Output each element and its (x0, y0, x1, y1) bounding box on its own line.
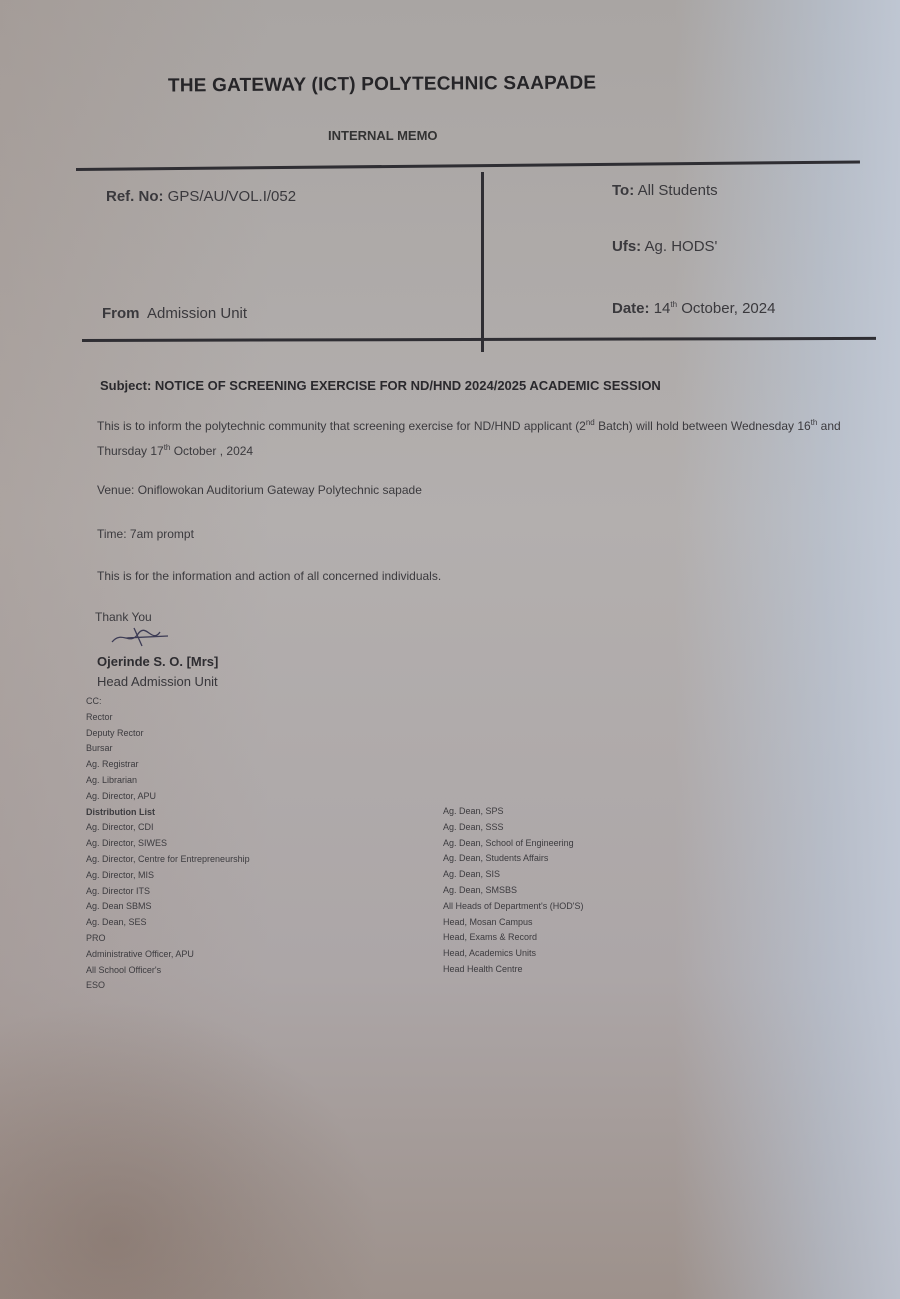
cc-item: Administrative Officer, APU (86, 947, 250, 963)
cc-item: PRO (86, 931, 250, 947)
cc-item: Ag. Director, APU (86, 789, 250, 805)
date-field: Date: 14th October, 2024 (612, 300, 775, 317)
date-suffix: th (670, 300, 677, 309)
distribution-item: Ag. Dean, Students Affairs (443, 851, 583, 867)
body-text: This is to inform the polytechnic commun… (97, 419, 586, 433)
cc-item: ESO (86, 978, 250, 994)
body-text: October , 2024 (170, 444, 253, 458)
cc-item: Deputy Rector (86, 726, 250, 742)
subject-text: NOTICE OF SCREENING EXERCISE FOR ND/HND … (155, 378, 661, 393)
distribution-item: Head, Academics Units (443, 946, 583, 962)
cc-item: Ag. Registrar (86, 757, 250, 773)
distribution-item: All Heads of Department's (HOD'S) (443, 899, 583, 915)
institution-title: THE GATEWAY (ICT) POLYTECHNIC SAAPADE (168, 73, 596, 98)
photo-shadow (0, 1000, 380, 1299)
header-top-rule (76, 160, 860, 171)
thank-you: Thank You (95, 610, 152, 624)
ref-value: GPS/AU/VOL.I/052 (168, 188, 296, 205)
cc-item: Ag. Director, SIWES (86, 836, 250, 852)
cc-item: CC: (86, 694, 250, 710)
distribution-item: Ag. Dean, SIS (443, 867, 583, 883)
to-value: All Students (638, 182, 718, 199)
cc-item: Ag. Dean SBMS (86, 899, 250, 915)
body-paragraph-1: This is to inform the polytechnic commun… (97, 412, 867, 462)
cc-item: Ag. Director, MIS (86, 868, 250, 884)
ref-number: Ref. No: GPS/AU/VOL.I/052 (106, 188, 296, 205)
distribution-item: Ag. Dean, School of Engineering (443, 836, 583, 852)
from-field: From Admission Unit (102, 305, 247, 322)
date-label: Date: (612, 300, 650, 317)
distribution-item: Head Health Centre (443, 962, 583, 978)
distribution-item: Ag. Dean, SSS (443, 820, 583, 836)
distribution-item: Head, Mosan Campus (443, 915, 583, 931)
ufs-field: Ufs: Ag. HODS' (612, 238, 717, 255)
signatory-title: Head Admission Unit (97, 674, 218, 689)
venue-line: Venue: Oniflowokan Auditorium Gateway Po… (97, 480, 422, 501)
subject-line: Subject: NOTICE OF SCREENING EXERCISE FO… (100, 378, 661, 393)
cc-list-right: Ag. Dean, SPSAg. Dean, SSSAg. Dean, Scho… (443, 804, 583, 978)
cc-item: Ag. Director, Centre for Entrepreneurshi… (86, 852, 250, 868)
from-label: From (102, 305, 140, 322)
subject-label: Subject: (100, 378, 151, 393)
to-field: To: All Students (612, 182, 718, 199)
from-value: Admission Unit (147, 305, 247, 322)
distribution-item: Head, Exams & Record (443, 930, 583, 946)
body-text: Batch) will hold between Wednesday 16 (595, 419, 811, 433)
cc-item: Bursar (86, 741, 250, 757)
time-line: Time: 7am prompt (97, 524, 194, 545)
cc-item: Rector (86, 710, 250, 726)
ref-label: Ref. No: (106, 188, 164, 205)
cc-item: Ag. Director ITS (86, 884, 250, 900)
closing-line: This is for the information and action o… (97, 566, 441, 587)
signatory-name: Ojerinde S. O. [Mrs] (97, 654, 218, 669)
ufs-label: Ufs: (612, 238, 641, 255)
ufs-value: Ag. HODS' (645, 238, 718, 255)
cc-item: Ag. Dean, SES (86, 915, 250, 931)
distribution-item: Ag. Dean, SMSBS (443, 883, 583, 899)
distribution-item: Ag. Dean, SPS (443, 804, 583, 820)
cc-item: Distribution List (86, 805, 250, 821)
cc-item: All School Officer's (86, 963, 250, 979)
signature-mark (108, 624, 178, 650)
superscript: nd (586, 418, 595, 427)
header-bottom-rule (82, 337, 876, 342)
to-label: To: (612, 182, 634, 199)
cc-item: Ag. Director, CDI (86, 820, 250, 836)
cc-item: Ag. Librarian (86, 773, 250, 789)
cc-list-left: CC:RectorDeputy RectorBursarAg. Registra… (86, 694, 250, 994)
date-rest: October, 2024 (681, 300, 775, 317)
date-day: 14 (654, 300, 671, 317)
memo-type: INTERNAL MEMO (328, 128, 438, 143)
header-divider (481, 172, 484, 352)
